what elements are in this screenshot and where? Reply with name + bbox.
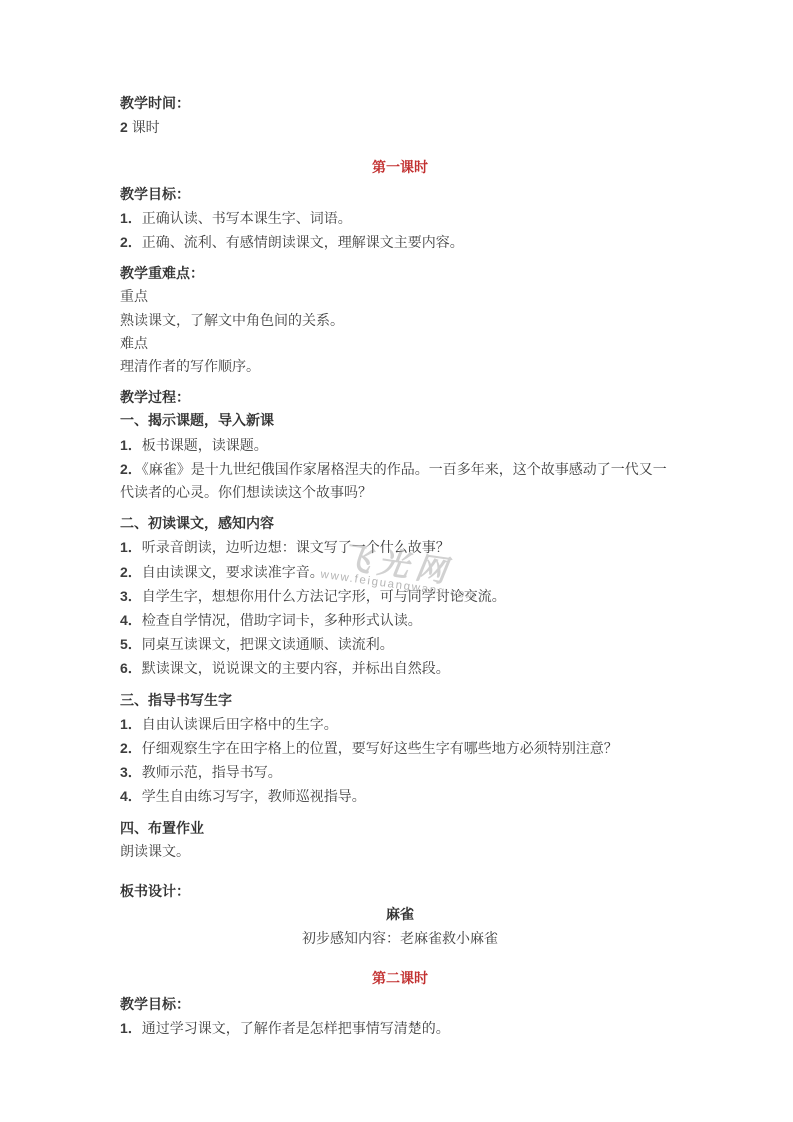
label-difficulty: 难点	[120, 333, 680, 356]
item-text: 教师示范，指导书写。	[142, 766, 282, 781]
item-number: 2．	[120, 234, 142, 250]
step-1-item-2: 2．《麻雀》是十九世纪俄国作家屠格涅夫的作品。一百多年来，这个故事感动了一代又一…	[120, 458, 680, 505]
heading-step-3: 三、指导书写生字	[120, 690, 680, 713]
item-text: 自学生字，想想你用什么方法记字形，可与同学讨论交流。	[142, 590, 506, 605]
lesson-count-label: 课时	[132, 121, 160, 136]
document-page: { "page": { "background": "#ffffff", "bo…	[0, 0, 793, 1122]
heading-teaching-time: 教学时间：	[120, 93, 680, 116]
item-text: 听录音朗读，边听边想：课文写了一个什么故事？	[142, 541, 450, 556]
board-content: 初步感知内容：老麻雀救小麻雀	[120, 928, 680, 951]
heading-process: 教学过程：	[120, 387, 680, 410]
item-text: 正确、流利、有感情朗读课文，理解课文主要内容。	[142, 236, 464, 251]
item-text: 通过学习课文，了解作者是怎样把事情写清楚的。	[142, 1022, 450, 1037]
item-number: 1．	[120, 437, 142, 453]
step-2-item-6: 6．默读课文，说说课文的主要内容，并标出自然段。	[120, 657, 680, 681]
item-number: 2．	[120, 461, 142, 477]
objective-1-item-2: 2．正确、流利、有感情朗读课文，理解课文主要内容。	[120, 231, 680, 255]
item-number: 5．	[120, 636, 142, 652]
label-key-point: 重点	[120, 286, 680, 309]
item-number: 3．	[120, 764, 142, 780]
item-number: 2．	[120, 564, 142, 580]
heading-session-2: 第二课时	[120, 968, 680, 991]
item-text: 板书课题，读课题。	[142, 439, 268, 454]
item-text: 正确认读、书写本课生字、词语。	[142, 212, 352, 227]
item-number: 4．	[120, 788, 142, 804]
step-3-item-1: 1．自由认读课后田字格中的生字。	[120, 713, 680, 737]
lesson-count-number: 2	[120, 119, 132, 135]
text-key-point: 熟读课文，了解文中角色间的关系。	[120, 310, 680, 333]
item-text: 《麻雀》是十九世纪俄国作家屠格涅夫的作品。一百多年来，这个故事感动了一代又一代读…	[120, 463, 667, 501]
item-number: 2．	[120, 740, 142, 756]
item-number: 1．	[120, 716, 142, 732]
item-number: 3．	[120, 588, 142, 604]
item-text: 同桌互读课文，把课文读通顺、读流利。	[142, 638, 394, 653]
step-3-item-4: 4．学生自由练习写字，教师巡视指导。	[120, 785, 680, 809]
step-2-item-5: 5．同桌互读课文，把课文读通顺、读流利。	[120, 633, 680, 657]
step-3-item-3: 3．教师示范，指导书写。	[120, 761, 680, 785]
item-number: 1．	[120, 1020, 142, 1036]
item-text: 默读课文，说说课文的主要内容，并标出自然段。	[142, 662, 450, 677]
item-number: 1．	[120, 210, 142, 226]
text-lesson-count: 2 课时	[120, 116, 680, 140]
step-2-item-4: 4．检查自学情况，借助字词卡，多种形式认读。	[120, 609, 680, 633]
item-text: 检查自学情况，借助字词卡，多种形式认读。	[142, 614, 422, 629]
heading-objectives-2: 教学目标：	[120, 994, 680, 1017]
heading-step-4: 四、布置作业	[120, 818, 680, 841]
objective-1-item-1: 1．正确认读、书写本课生字、词语。	[120, 207, 680, 231]
item-text: 自由认读课后田字格中的生字。	[142, 718, 338, 733]
objective-2-item-1: 1．通过学习课文，了解作者是怎样把事情写清楚的。	[120, 1017, 680, 1041]
step-2-item-3: 3．自学生字，想想你用什么方法记字形，可与同学讨论交流。	[120, 585, 680, 609]
item-text: 学生自由练习写字，教师巡视指导。	[142, 790, 366, 805]
heading-key-points: 教学重难点：	[120, 263, 680, 286]
step-1-item-1: 1．板书课题，读课题。	[120, 434, 680, 458]
item-number: 1．	[120, 539, 142, 555]
heading-board-design: 板书设计：	[120, 881, 680, 904]
heading-step-1: 一、揭示课题，导入新课	[120, 410, 680, 433]
item-text: 自由读课文，要求读准字音。	[142, 566, 324, 581]
step-2-item-1: 1．听录音朗读，边听边想：课文写了一个什么故事？	[120, 536, 680, 560]
heading-step-2: 二、初读课文，感知内容	[120, 513, 680, 536]
step-3-item-2: 2．仔细观察生字在田字格上的位置，要写好这些生字有哪些地方必须特别注意？	[120, 737, 680, 761]
heading-session-1: 第一课时	[120, 157, 680, 180]
item-text: 仔细观察生字在田字格上的位置，要写好这些生字有哪些地方必须特别注意？	[142, 742, 618, 757]
lesson-plan-document: 教学时间： 2 课时 第一课时 教学目标： 1．正确认读、书写本课生字、词语。 …	[120, 93, 680, 1041]
item-number: 4．	[120, 612, 142, 628]
board-title: 麻雀	[120, 904, 680, 927]
item-number: 6．	[120, 660, 142, 676]
step-2-item-2: 2．自由读课文，要求读准字音。	[120, 561, 680, 585]
step-4-text: 朗读课文。	[120, 841, 680, 864]
text-difficulty: 理清作者的写作顺序。	[120, 356, 680, 379]
heading-objectives-1: 教学目标：	[120, 184, 680, 207]
